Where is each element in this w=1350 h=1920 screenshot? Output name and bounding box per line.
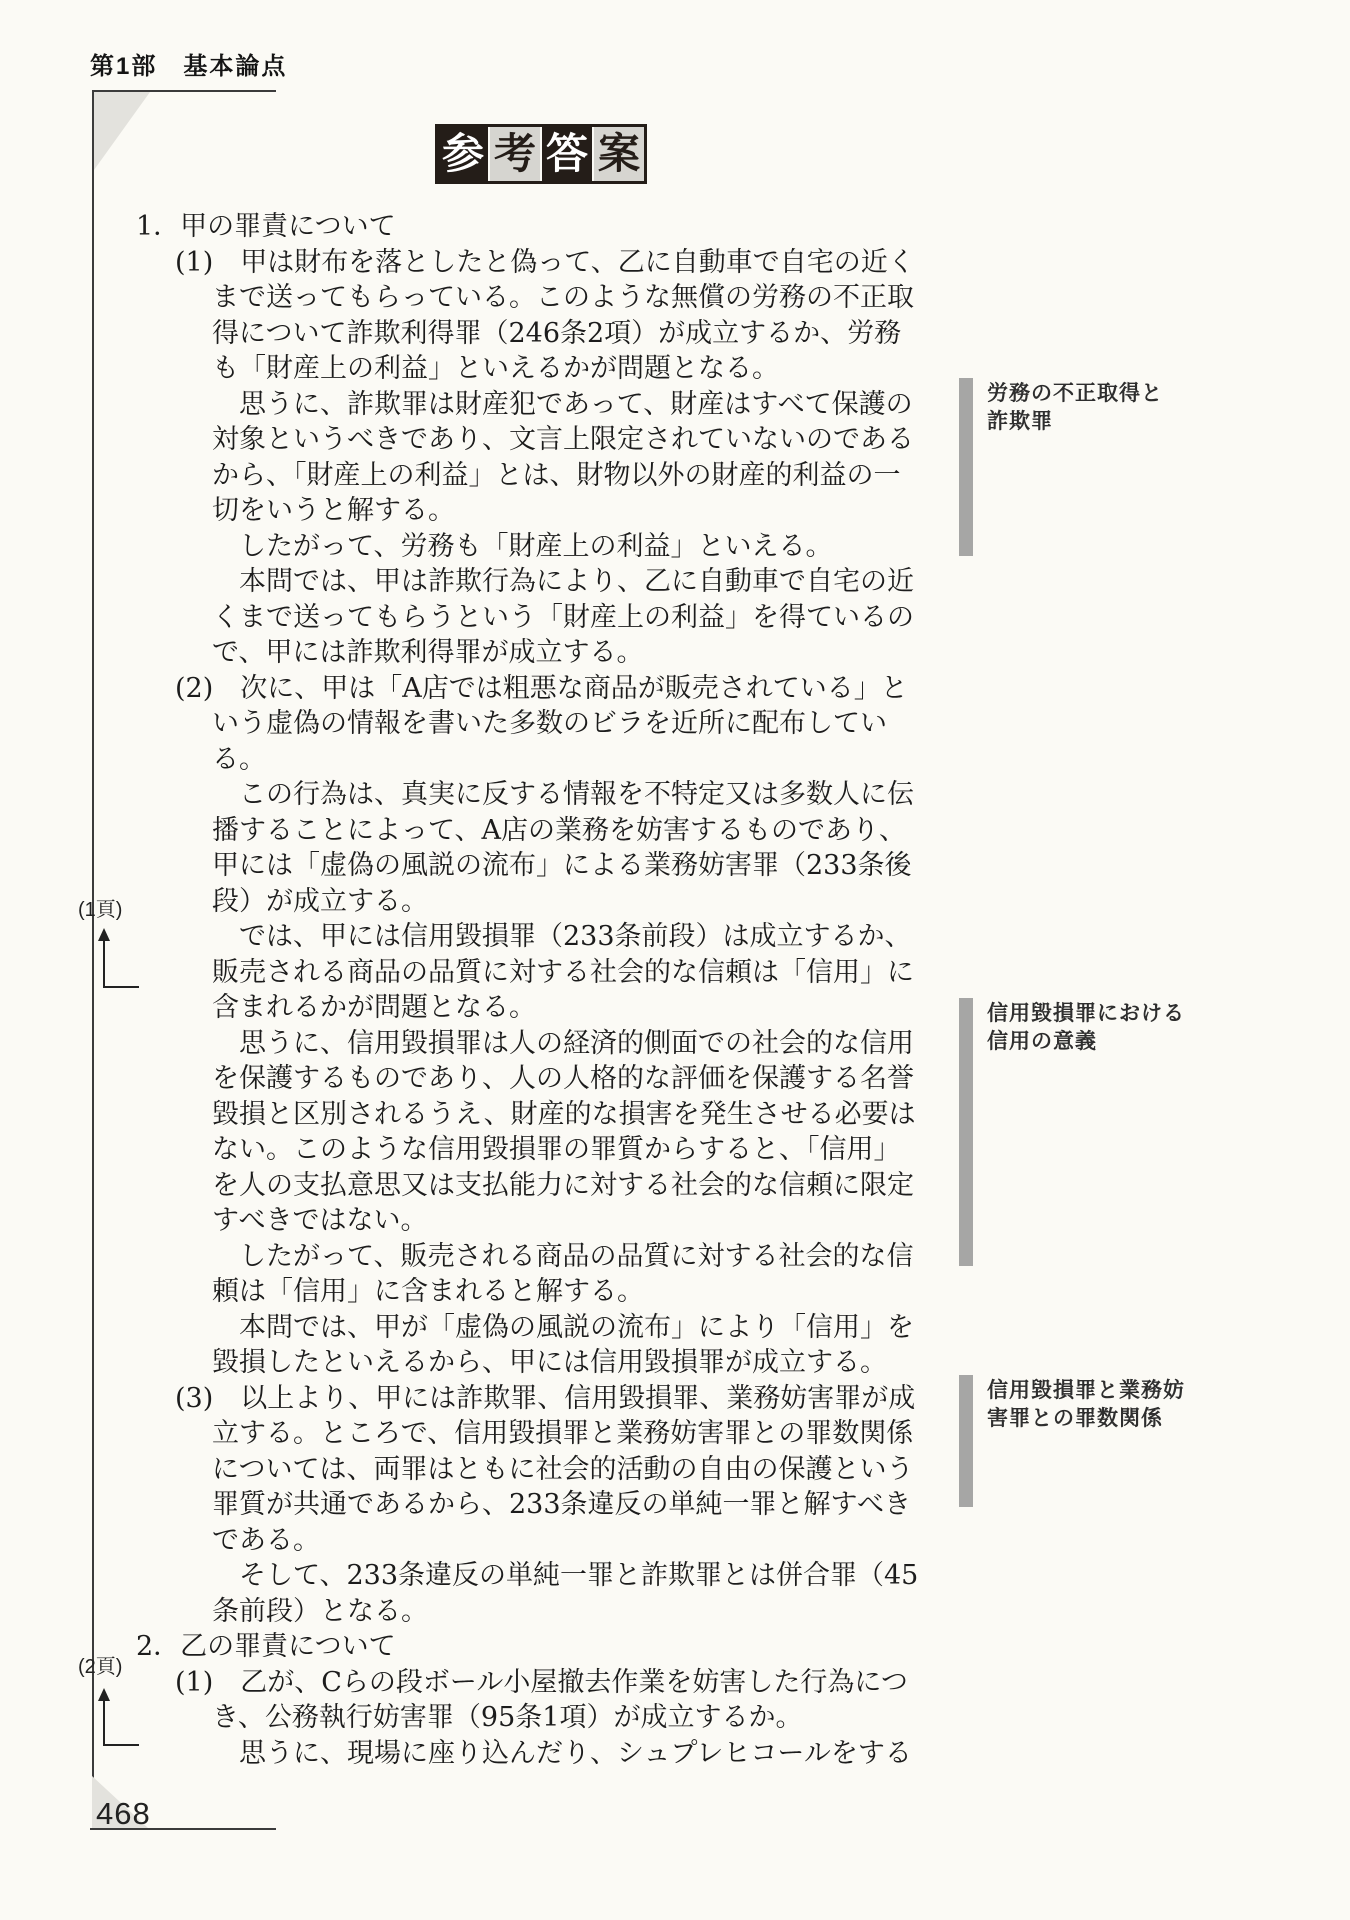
page-marker-arrow-shaft	[103, 1699, 105, 1746]
margin-note-text: 信用毀損罪と業務妨 害罪との罪数関係	[987, 1377, 1247, 1433]
margin-note-bar	[959, 1375, 973, 1507]
body-line: 罪質が共通であるから、233条違反の単純一罪と解すべき	[212, 1489, 911, 1520]
body-line: 本問では、甲が「虚偽の風説の流布」により「信用」を	[239, 1312, 914, 1343]
body-line: ない。このような信用毀損罪の罪質からすると、「信用」	[212, 1134, 901, 1165]
body-line: である。	[212, 1525, 320, 1556]
body-line: (1) 甲は財布を落としたと偽って、乙に自動車で自宅の近く	[175, 247, 915, 278]
body-line: 段）が成立する。	[212, 886, 428, 917]
margin-note-bar	[959, 998, 973, 1266]
body-line: 2．乙の罪責について	[136, 1631, 396, 1662]
body-line: (1) 乙が、Cらの段ボール小屋撤去作業を妨害した行為につ	[175, 1667, 908, 1698]
document-page: 第1部 基本論点 参 考 答 案 1．甲の罪責について(1) 甲は財布を落とした…	[0, 0, 1350, 1920]
page-marker-arrow-foot	[103, 1744, 139, 1746]
body-line: については、両罪はともに社会的活動の自由の保護という	[212, 1454, 913, 1485]
body-line: 毀損と区別されるうえ、財産的な損害を発生させる必要は	[212, 1099, 916, 1130]
body-line: も「財産上の利益」といえるかが問題となる。	[212, 353, 779, 384]
body-line: き、公務執行妨害罪（95条1項）が成立するか。	[212, 1702, 802, 1733]
body-line: したがって、販売される商品の品質に対する社会的な信	[239, 1241, 913, 1272]
margin-note-bar	[959, 378, 973, 556]
answer-title-char: 案	[594, 127, 644, 181]
body-line: 条前段）となる。	[212, 1596, 428, 1627]
page-marker-label: (1頁)	[78, 893, 122, 922]
body-line: 含まれるかが問題となる。	[212, 992, 536, 1023]
body-line: (2) 次に、甲は「A店では粗悪な商品が販売されている」と	[175, 673, 908, 704]
margin-note-text: 信用毀損罪における 信用の意義	[987, 1000, 1247, 1056]
body-line: 1．甲の罪責について	[136, 211, 396, 242]
answer-title-char: 参	[438, 127, 488, 181]
body-line: 頼は「信用」に含まれると解する。	[212, 1276, 644, 1307]
body-line: から、「財産上の利益」とは、財物以外の財産的利益の一	[212, 460, 901, 491]
page-number: 468	[96, 1796, 151, 1832]
body-line: を保護するものであり、人の人格的な評価を保護する名誉	[212, 1063, 914, 1094]
body-line: で、甲には詐欺利得罪が成立する。	[212, 637, 643, 668]
body-line: では、甲には信用毀損罪（233条前段）は成立するか、	[239, 921, 912, 952]
body-line: 思うに、現場に座り込んだり、シュプレヒコールをする	[239, 1738, 912, 1769]
body-line: 得について詐欺利得罪（246条2項）が成立するか、労務	[212, 318, 901, 349]
body-line: 播することによって、A店の業務を妨害するものであり、	[212, 815, 906, 846]
body-line: 販売される商品の品質に対する社会的な信頼は「信用」に	[212, 957, 914, 988]
body-line: を人の支払意思又は支払能力に対する社会的な信頼に限定	[212, 1170, 914, 1201]
body-line: まで送ってもらっている。このような無償の労務の不正取	[212, 282, 914, 313]
answer-title-box: 参 考 答 案	[435, 124, 647, 184]
body-line: (3) 以上より、甲には詐欺罪、信用毀損罪、業務妨害罪が成	[175, 1383, 915, 1414]
body-line: 毀損したといえるから、甲には信用毀損罪が成立する。	[212, 1347, 887, 1378]
body-line: したがって、労務も「財産上の利益」といえる。	[239, 531, 832, 562]
answer-title-char: 考	[490, 127, 540, 181]
body-line: 切をいうと解する。	[212, 495, 455, 526]
top-corner-triangle	[94, 92, 150, 170]
body-line: る。	[212, 744, 266, 775]
body-line: 本問では、甲は詐欺行為により、乙に自動車で自宅の近	[239, 566, 914, 597]
body-line: すべきではない。	[212, 1205, 427, 1236]
body-line: そして、233条違反の単純一罪と詐欺罪とは併合罪（45	[239, 1560, 918, 1591]
page-marker-arrow-foot	[103, 986, 139, 988]
body-line: 対象というべきであり、文言上限定されていないのである	[212, 424, 914, 455]
page-marker-arrow-shaft	[103, 939, 105, 988]
body-line: 思うに、信用毀損罪は人の経済的側面での社会的な信用	[239, 1028, 914, 1059]
body-line: くまで送ってもらうという「財産上の利益」を得ているの	[212, 602, 914, 633]
left-margin-rule	[92, 90, 94, 1830]
body-line: 甲には「虚偽の風説の流布」による業務妨害罪（233条後	[212, 850, 912, 881]
chapter-header: 第1部 基本論点	[90, 46, 287, 81]
body-line: いう虚偽の情報を書いた多数のビラを近所に配布してい	[212, 708, 887, 739]
body-line: 思うに、詐欺罪は財産犯であって、財産はすべて保護の	[239, 389, 913, 420]
answer-title-char: 答	[542, 127, 592, 181]
body-line: この行為は、真実に反する情報を不特定又は多数人に伝	[239, 779, 914, 810]
page-marker-label: (2頁)	[78, 1650, 122, 1679]
header-rule	[92, 90, 276, 92]
margin-note-text: 労務の不正取得と 詐欺罪	[987, 380, 1247, 436]
body-line: 立する。ところで、信用毀損罪と業務妨害罪との罪数関係	[212, 1418, 913, 1449]
